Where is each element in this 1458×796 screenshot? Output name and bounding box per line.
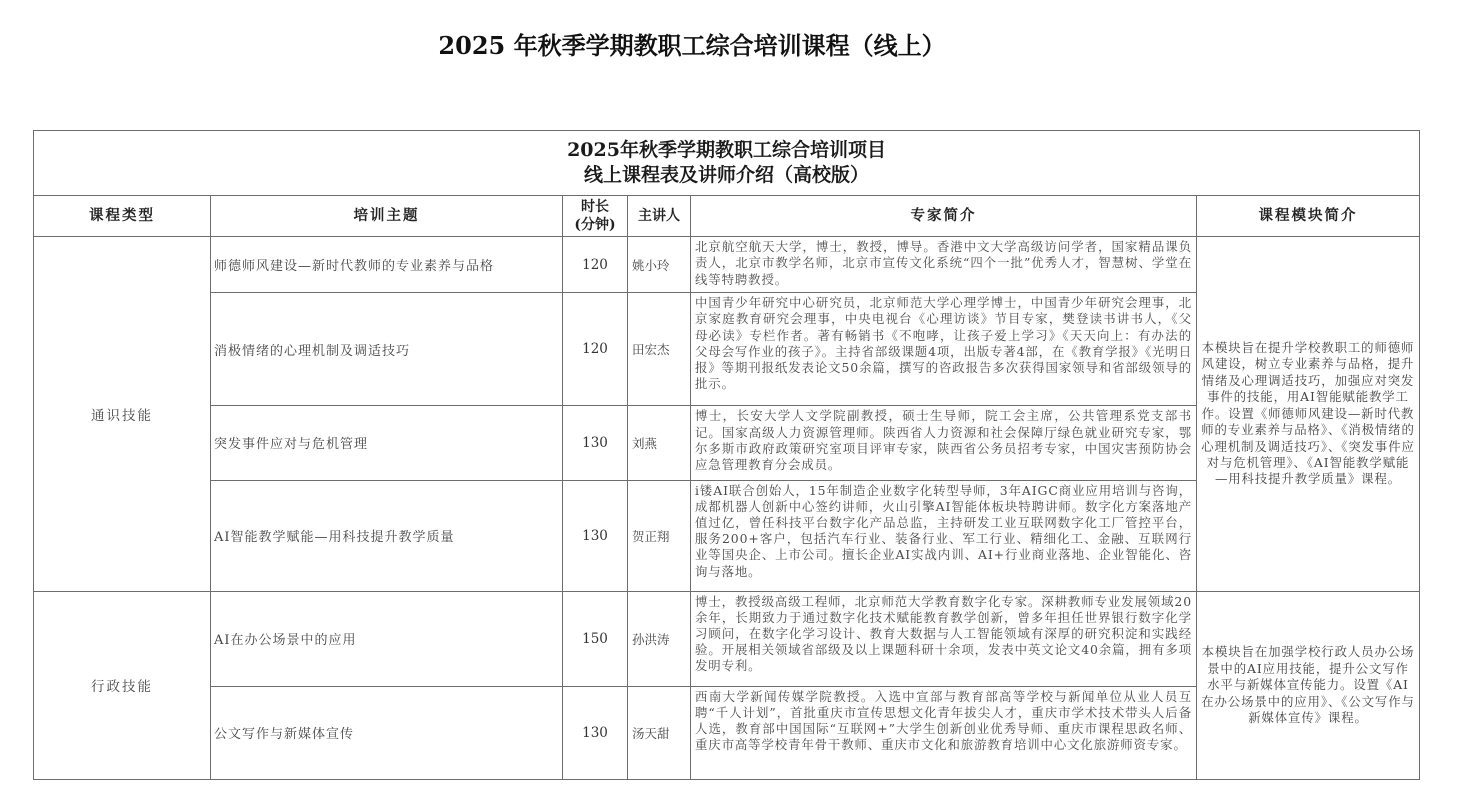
duration-cell: 130 bbox=[563, 406, 628, 480]
header-row: 课程类型 培训主题 时长 (分钟) 主讲人 专家简介 课程模块简介 bbox=[34, 196, 1420, 237]
expert-bio-cell: 博士，长安大学人文学院副教授，硕士生导师，院工会主席，公共管理系党支部书记。国家… bbox=[691, 406, 1197, 480]
lecturer-cell: 汤天甜 bbox=[628, 686, 691, 779]
expert-bio-cell: i镂AI联合创始人，15年制造企业数字化转型导师，3年AIGC商业应用培训与咨询… bbox=[691, 480, 1197, 591]
topic-cell: 师德师风建设—新时代教师的专业素养与品格 bbox=[211, 237, 563, 293]
header-lecturer: 主讲人 bbox=[628, 196, 691, 237]
caption-line-2: 线上课程表及讲师介绍（高校版） bbox=[34, 163, 1419, 188]
header-expert-bio: 专家简介 bbox=[691, 196, 1197, 237]
table-caption-row: 2025年秋季学期教职工综合培训项目 线上课程表及讲师介绍（高校版） bbox=[34, 131, 1420, 196]
topic-cell: 消极情绪的心理机制及调适技巧 bbox=[211, 293, 563, 406]
category-cell: 行政技能 bbox=[34, 591, 211, 779]
duration-cell: 130 bbox=[563, 686, 628, 779]
expert-bio-cell: 北京航空航天大学，博士，教授，博导。香港中文大学高级访问学者，国家精品课负责人，… bbox=[691, 237, 1197, 293]
topic-cell: AI在办公场景中的应用 bbox=[211, 591, 563, 686]
expert-bio-cell: 西南大学新闻传媒学院教授。入选中宣部与教育部高等学校与新闻单位从业人员互聘“千人… bbox=[691, 686, 1197, 779]
header-duration-line1: 时长 bbox=[563, 198, 627, 216]
topic-cell: 突发事件应对与危机管理 bbox=[211, 406, 563, 480]
expert-bio-cell: 中国青少年研究中心研究员，北京师范大学心理学博士，中国青少年研究会理事，北京家庭… bbox=[691, 293, 1197, 406]
module-intro-cell: 本模块旨在提升学校教职工的师德师风建设，树立专业素养与品格，提升情绪及心理调适技… bbox=[1197, 237, 1420, 592]
duration-cell: 150 bbox=[563, 591, 628, 686]
course-schedule-table: 2025年秋季学期教职工综合培训项目 线上课程表及讲师介绍（高校版） 课程类型 … bbox=[33, 130, 1420, 780]
header-duration: 时长 (分钟) bbox=[563, 196, 628, 237]
lecturer-cell: 孙洪涛 bbox=[628, 591, 691, 686]
duration-cell: 130 bbox=[563, 480, 628, 591]
header-duration-line2: (分钟) bbox=[563, 216, 627, 234]
table-row: 通识技能 师德师风建设—新时代教师的专业素养与品格 120 姚小玲 北京航空航天… bbox=[34, 237, 1420, 293]
duration-cell: 120 bbox=[563, 237, 628, 293]
header-category: 课程类型 bbox=[34, 196, 211, 237]
table-row: 行政技能 AI在办公场景中的应用 150 孙洪涛 博士，教授级高级工程师，北京师… bbox=[34, 591, 1420, 686]
lecturer-cell: 贺正翔 bbox=[628, 480, 691, 591]
topic-cell: 公文写作与新媒体宣传 bbox=[211, 686, 563, 779]
header-topic: 培训主题 bbox=[211, 196, 563, 237]
lecturer-cell: 姚小玲 bbox=[628, 237, 691, 293]
caption-line-1: 2025年秋季学期教职工综合培训项目 bbox=[34, 138, 1419, 163]
page-title: 2025 年秋季学期教职工综合培训课程（线上） bbox=[0, 26, 1384, 61]
lecturer-cell: 刘燕 bbox=[628, 406, 691, 480]
module-intro-cell: 本模块旨在加强学校行政人员办公场景中的AI应用技能，提升公文写作水平与新媒体宣传… bbox=[1197, 591, 1420, 779]
expert-bio-cell: 博士，教授级高级工程师，北京师范大学教育数字化专家。深耕教师专业发展领域20余年… bbox=[691, 591, 1197, 686]
table-caption: 2025年秋季学期教职工综合培训项目 线上课程表及讲师介绍（高校版） bbox=[34, 131, 1420, 196]
duration-cell: 120 bbox=[563, 293, 628, 406]
lecturer-cell: 田宏杰 bbox=[628, 293, 691, 406]
header-module-intro: 课程模块简介 bbox=[1197, 196, 1420, 237]
category-cell: 通识技能 bbox=[34, 237, 211, 592]
topic-cell: AI智能教学赋能—用科技提升教学质量 bbox=[211, 480, 563, 591]
